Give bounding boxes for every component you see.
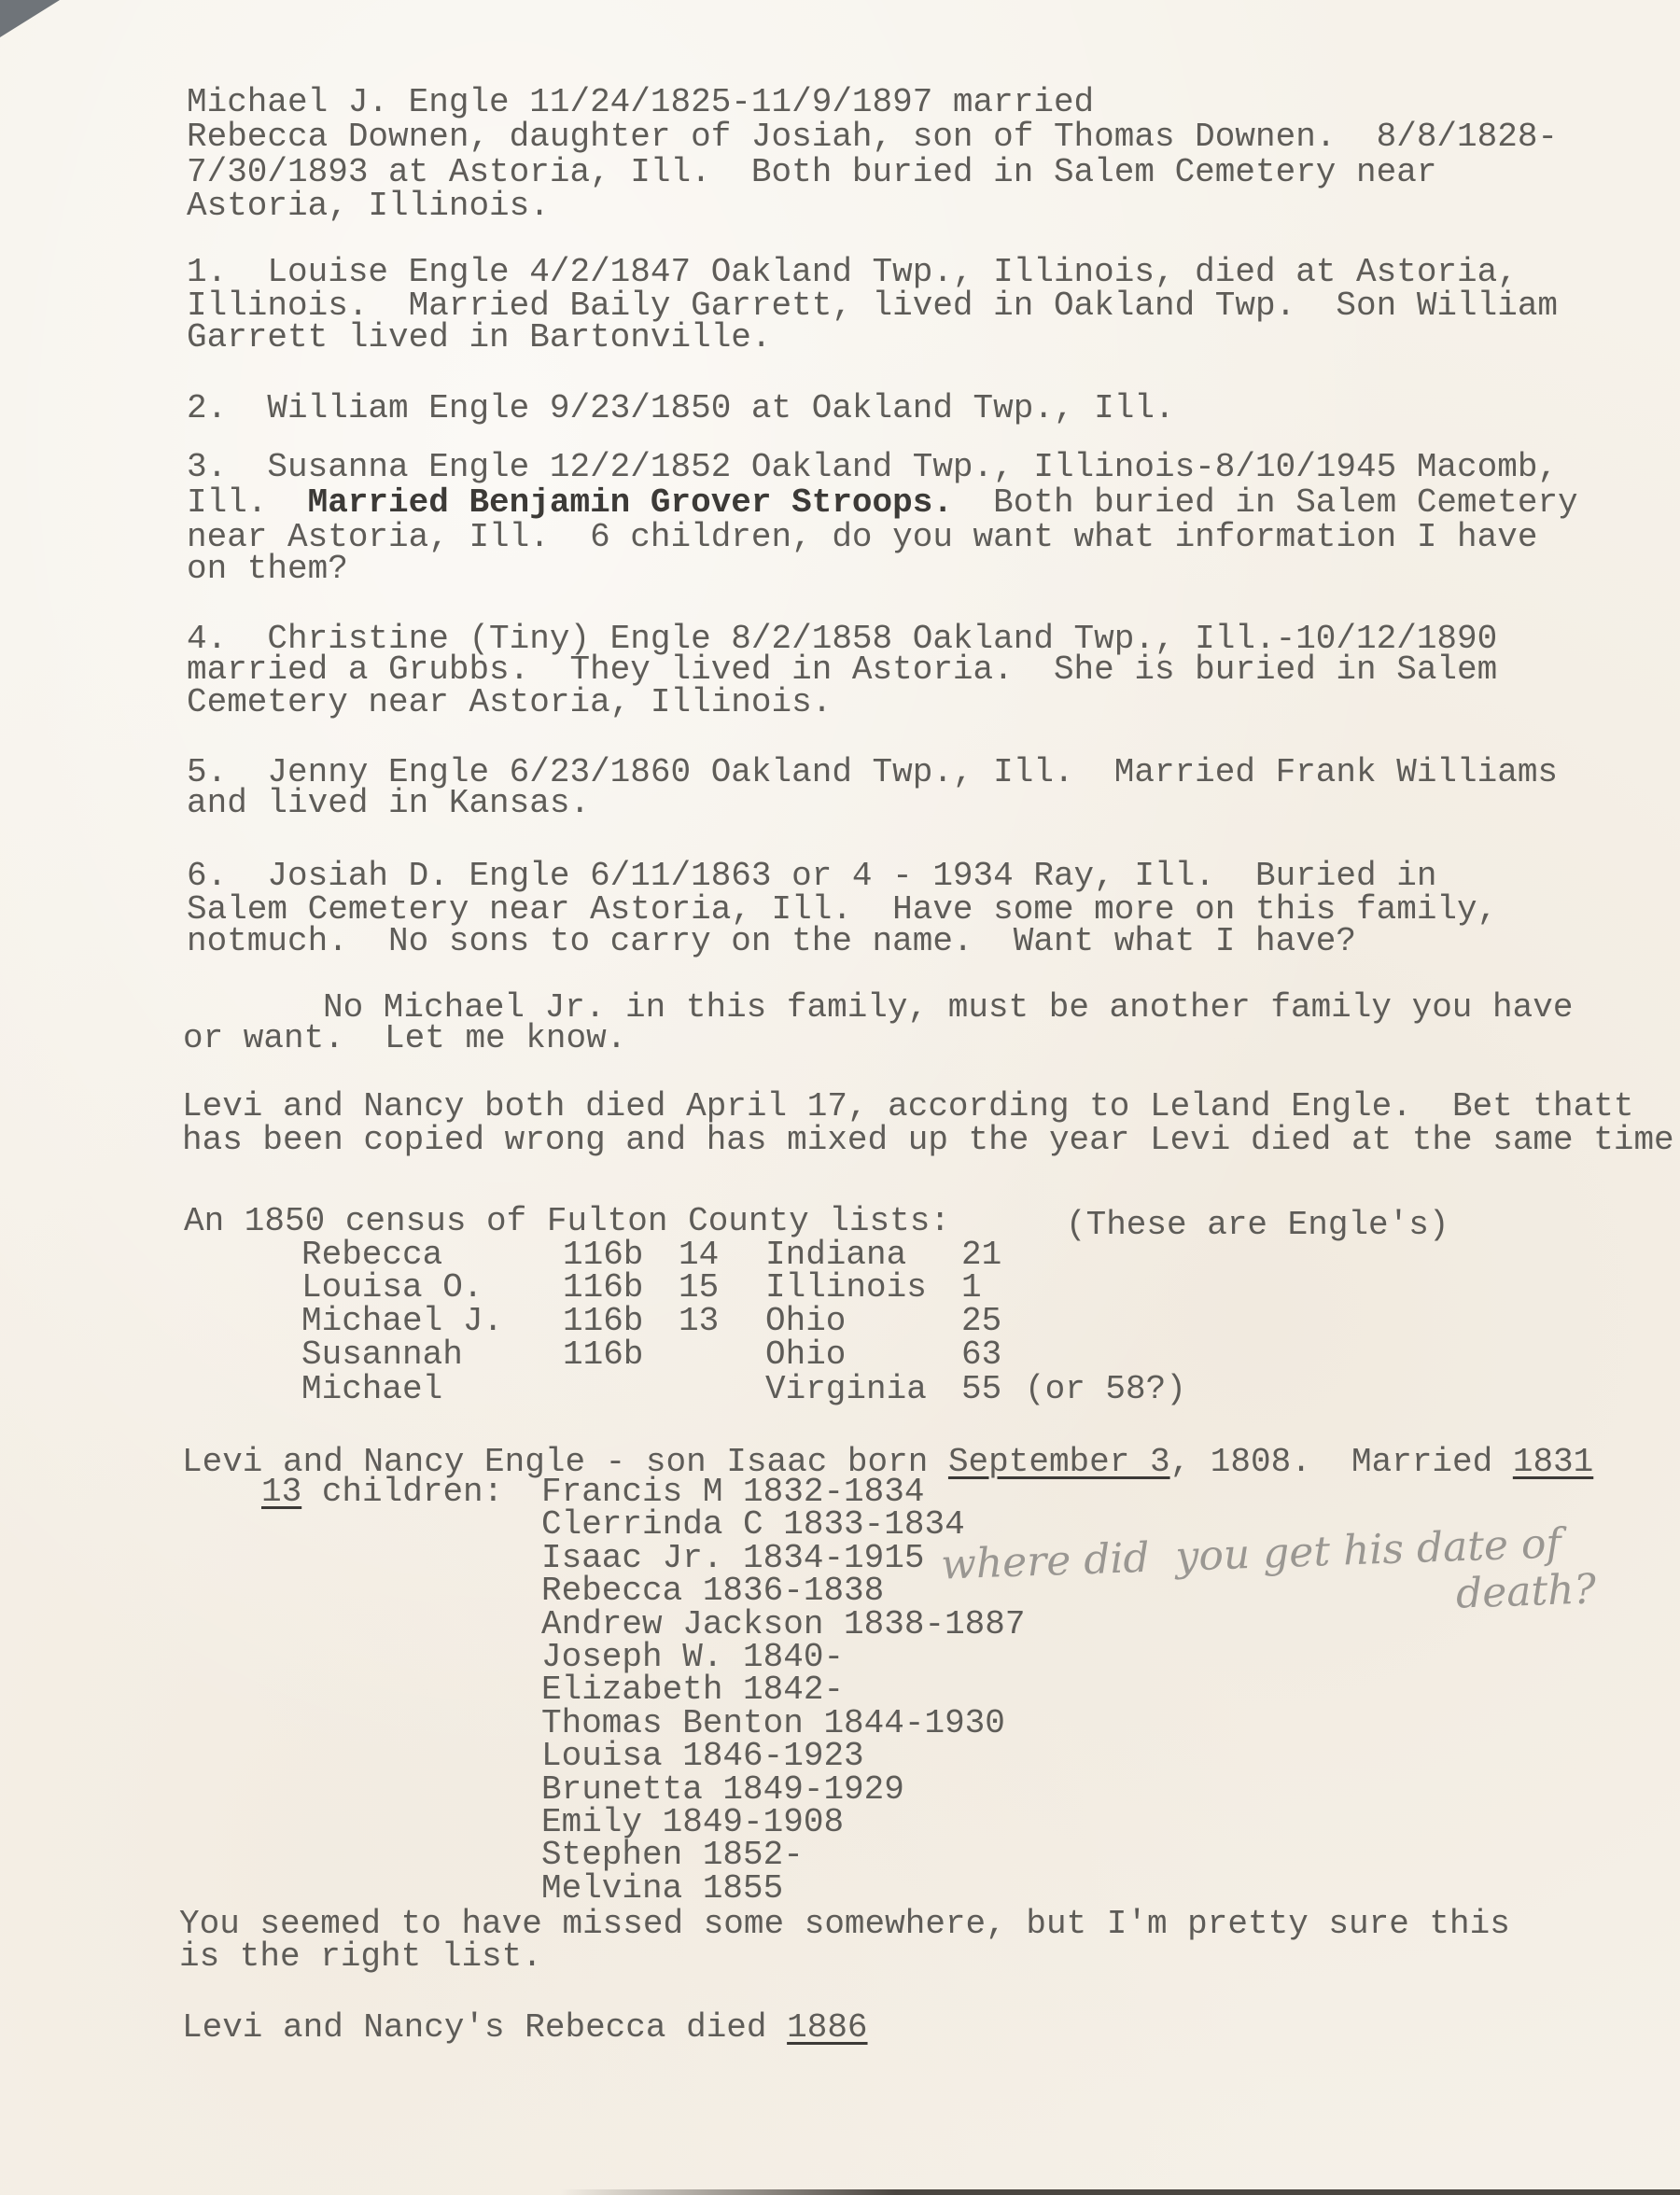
note-levi-line: has been copied wrong and has mixed up t… (182, 1124, 1680, 1157)
married-year: 1831 (1513, 1443, 1593, 1481)
child-1-line: 1. Louise Engle 4/2/1847 Oakland Twp., I… (187, 256, 1518, 289)
intro-line: Astoria, Illinois. (187, 189, 550, 223)
child-3-line: 3. Susanna Engle 12/2/1852 Oakland Twp.,… (187, 451, 1558, 484)
levi-child-item: Louisa 1846-1923 (541, 1740, 864, 1773)
isaac-birth-date: September 3 (948, 1443, 1170, 1481)
census-name: Rebecca (301, 1238, 442, 1272)
handwritten-note: death? (1455, 1565, 1597, 1617)
child-4-line: Cemetery near Astoria, Illinois. (187, 686, 832, 720)
closing-line: You seemed to have missed some somewhere… (179, 1908, 1510, 1941)
child-2-line: 2. William Engle 9/23/1850 at Oakland Tw… (187, 392, 1175, 426)
child-3-line: on them? (187, 552, 348, 586)
final-line: Levi and Nancy's Rebecca died 1886 (182, 2011, 868, 2045)
child-3-text: Both buried in Salem Cemetery (953, 483, 1578, 522)
levi-child-item: Rebecca 1836-1838 (541, 1574, 884, 1608)
census-age: 55 (961, 1373, 1001, 1406)
levi-child-item: Joseph W. 1840- (541, 1641, 844, 1674)
census-name: Susannah (301, 1338, 463, 1372)
census-state: Ohio (765, 1305, 846, 1338)
intro-line: 7/30/1893 at Astoria, Ill. Both buried i… (187, 156, 1436, 189)
census-heading: An 1850 census of Fulton County lists: (184, 1205, 950, 1238)
census-state: Indiana (765, 1238, 906, 1272)
child-5-line: and lived in Kansas. (187, 787, 590, 820)
census-age: 21 (961, 1238, 1001, 1272)
levi-child-item: Thomas Benton 1844-1930 (541, 1707, 1005, 1741)
final-text: Levi and Nancy's Rebecca died (182, 2008, 787, 2047)
levi-child-item: Brunetta 1849-1929 (541, 1773, 904, 1807)
census-num: 15 (679, 1271, 719, 1305)
census-extra: (or 58?) (1025, 1373, 1186, 1406)
census-name: Louisa O. (301, 1271, 483, 1305)
scan-corner-shadow (0, 0, 60, 37)
levi-child-item: Francis M 1832-1834 (541, 1475, 924, 1509)
census-page: 116b (563, 1338, 643, 1372)
census-name: Michael J. (301, 1305, 503, 1338)
child-4-line: married a Grubbs. They lived in Astoria.… (187, 653, 1497, 687)
children-count-label: children: (301, 1473, 503, 1511)
levi-family-text: , 1808. Married (1170, 1443, 1513, 1481)
census-age: 1 (961, 1271, 982, 1305)
intro-line: Rebecca Downen, daughter of Josiah, son … (187, 120, 1558, 154)
child-3-line: near Astoria, Ill. 6 children, do you wa… (187, 521, 1537, 554)
closing-line: is the right list. (179, 1940, 542, 1974)
levi-child-item: Andrew Jackson 1838-1887 (541, 1608, 1025, 1642)
child-6-line: notmuch. No sons to carry on the name. W… (187, 925, 1356, 958)
children-count: 13 (261, 1473, 301, 1511)
census-num: 13 (679, 1305, 719, 1338)
census-num: 14 (679, 1238, 719, 1272)
census-state: Ohio (765, 1338, 846, 1372)
levi-child-item: Emily 1849-1908 (541, 1806, 844, 1839)
final-year: 1886 (787, 2008, 867, 2047)
children-count-line: 13 children: (261, 1475, 503, 1509)
census-age: 25 (961, 1305, 1001, 1338)
note-levi-line: Levi and Nancy both died April 17, accor… (182, 1090, 1633, 1124)
child-3-text: Ill. (187, 483, 308, 522)
census-state: Virginia (765, 1373, 927, 1406)
census-page: 116b (563, 1305, 643, 1338)
census-state: Illinois (765, 1271, 927, 1305)
census-page: 116b (563, 1238, 643, 1272)
census-name: Michael (301, 1373, 442, 1406)
child-3-spouse: Married Benjamin Grover Stroops. (308, 483, 953, 522)
levi-child-item: Melvina 1855 (541, 1872, 783, 1906)
child-6-line: 6. Josiah D. Engle 6/11/1863 or 4 - 1934… (187, 860, 1436, 893)
census-age: 63 (961, 1338, 1001, 1372)
child-3-line: Ill. Married Benjamin Grover Stroops. Bo… (187, 486, 1578, 520)
note-michael-line: or want. Let me know. (183, 1022, 626, 1056)
levi-child-item: Elizabeth 1842- (541, 1673, 844, 1707)
census-page: 116b (563, 1271, 643, 1305)
scan-bottom-edge (560, 2189, 1680, 2195)
levi-child-item: Isaac Jr. 1834-1915 (541, 1542, 924, 1575)
child-1-line: Garrett lived in Bartonville. (187, 321, 772, 355)
intro-line: Michael J. Engle 11/24/1825-11/9/1897 ma… (187, 86, 1094, 119)
levi-child-item: Stephen 1852- (541, 1838, 804, 1872)
levi-child-item: Clerrinda C 1833-1834 (541, 1508, 965, 1542)
census-note: (These are Engle's) (1066, 1209, 1449, 1242)
